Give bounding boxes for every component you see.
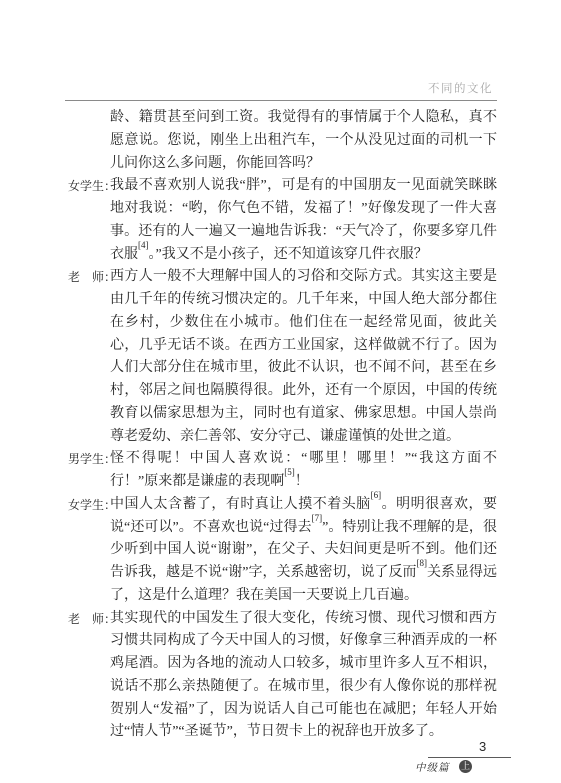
speaker-label: 男学生： <box>68 448 116 471</box>
footnote-marker: [7] <box>312 513 323 523</box>
series-label: 中级篇 <box>415 760 450 775</box>
footnote-marker: [5] <box>284 467 295 477</box>
footnote-marker: [6] <box>371 490 382 500</box>
speaker-label: 老 师： <box>68 608 116 631</box>
dialogue-text: 西方人一般不大理解中国人的习俗和交际方式。其实这主要是由几千年的传统习惯决定的。… <box>110 266 497 448</box>
continuation-paragraph: 龄、籍贯甚至问到工资。我觉得有的事情属于个人隐私，真不愿意说。您说，刚坐上出租汽… <box>68 107 497 175</box>
dialogue-entry: 老 师：西方人一般不大理解中国人的习俗和交际方式。其实这主要是由几千年的传统习惯… <box>68 266 497 448</box>
dialogue-text: 中国人太含蓄了，有时真让人摸不着头脑[6]。明明很喜欢，要说“还可以”。不喜欢也… <box>110 494 497 608</box>
page-number: 3 <box>479 739 486 754</box>
volume-badge: 上 <box>459 760 472 773</box>
dialogue-text: 怪不得呢！中国人喜欢说：“哪里！哪里！”“我这方面不行！”原来都是谦虚的表现啊[… <box>110 448 497 494</box>
dialogue-entry: 女学生：中国人太含蓄了，有时真让人摸不着头脑[6]。明明很喜欢，要说“还可以”。… <box>68 494 497 608</box>
running-head-title: 不同的文化 <box>428 83 497 95</box>
dialogue-entry: 女学生：我最不喜欢别人说我“胖”，可是有的中国朋友一见面就笑眯眯地对我说：“哟，… <box>68 175 497 266</box>
speaker-label: 女学生： <box>68 175 116 198</box>
textbook-page: 不同的文化 龄、籍贯甚至问到工资。我觉得有的事情属于个人隐私，真不愿意说。您说，… <box>0 0 561 783</box>
footnote-marker: [4] <box>138 240 149 250</box>
footer-rule-line <box>428 757 511 758</box>
dialogue-entry: 老 师：其实现代的中国发生了很大变化，传统习惯、现代习惯和西方习惯共同构成了今天… <box>68 608 497 745</box>
page-header: 不同的文化 <box>65 79 497 101</box>
lesson-text: 龄、籍贯甚至问到工资。我觉得有的事情属于个人隐私，真不愿意说。您说，刚坐上出租汽… <box>68 107 497 744</box>
dialogue-text: 我最不喜欢别人说我“胖”，可是有的中国朋友一见面就笑眯眯地对我说：“哟，你气色不… <box>110 175 497 266</box>
dialogue-entry: 男学生：怪不得呢！中国人喜欢说：“哪里！哪里！”“我这方面不行！”原来都是谦虚的… <box>68 448 497 494</box>
speaker-label: 女学生： <box>68 494 116 517</box>
footnote-marker: [8] <box>416 558 427 568</box>
speaker-label: 老 师： <box>68 266 116 289</box>
dialogue-list: 女学生：我最不喜欢别人说我“胖”，可是有的中国朋友一见面就笑眯眯地对我说：“哟，… <box>68 175 497 744</box>
dialogue-text: 其实现代的中国发生了很大变化，传统习惯、现代习惯和西方习惯共同构成了今天中国人的… <box>110 608 497 745</box>
